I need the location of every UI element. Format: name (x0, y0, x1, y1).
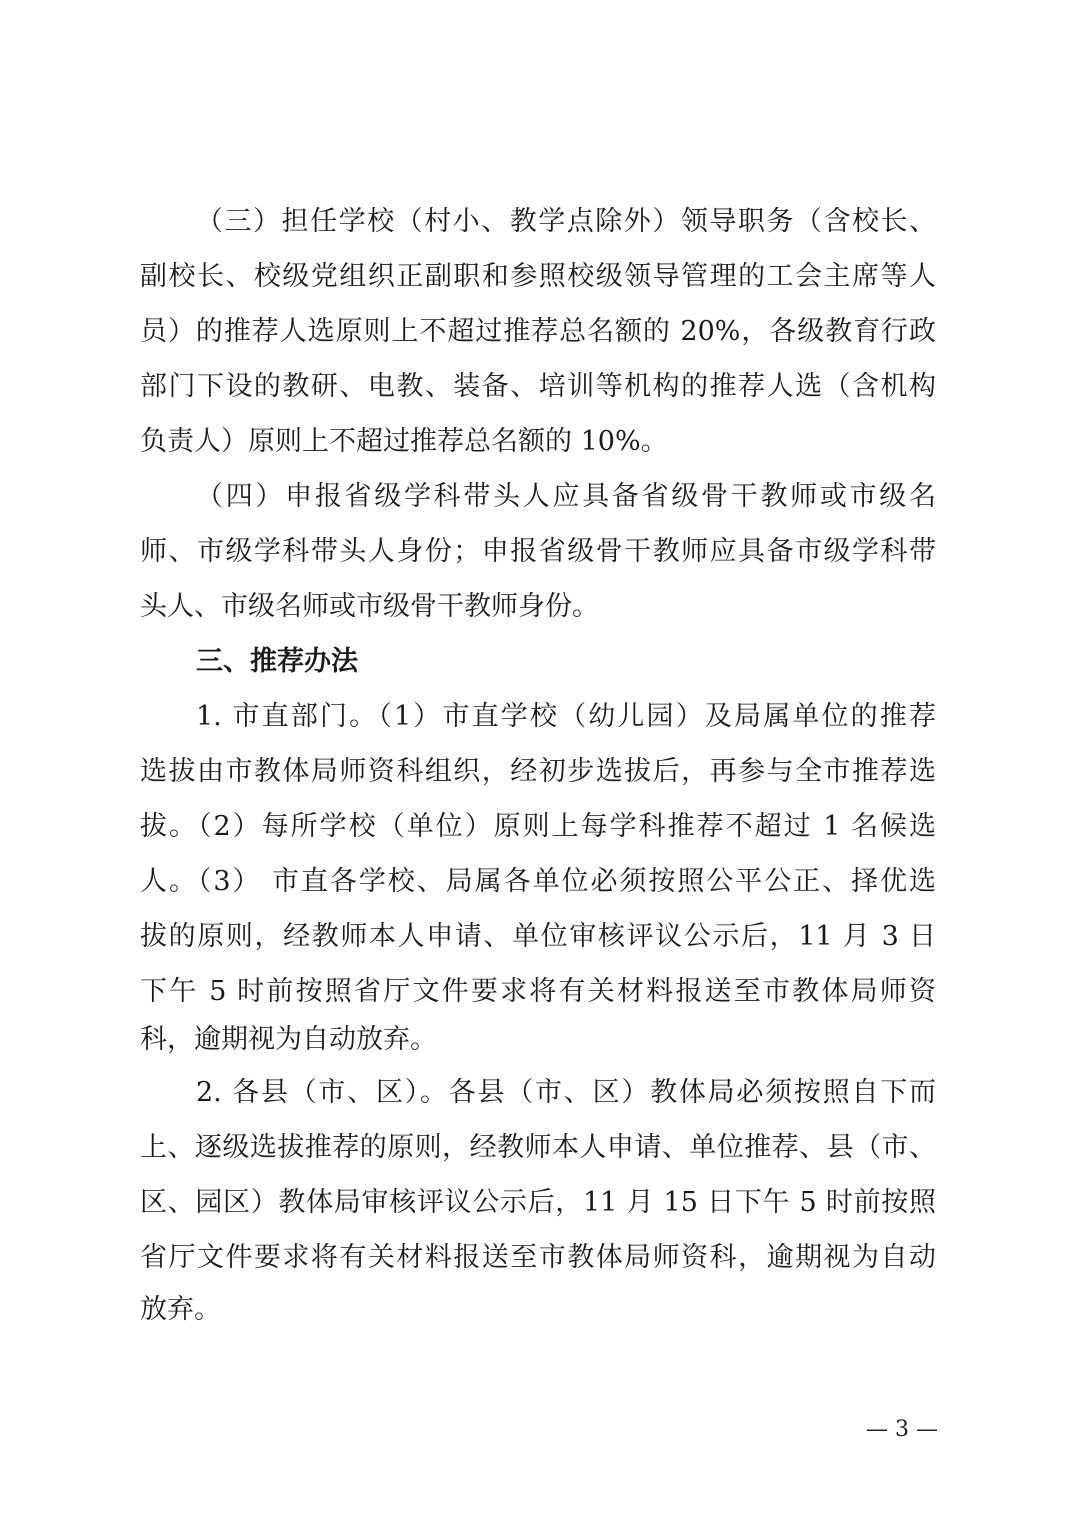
paragraph-line: 科，逾期视为自动放弃。 (140, 1020, 936, 1060)
paragraph-line: 上、逐级选拔推荐的原则，经教师本人申请、单位推荐、县（市、 (140, 1128, 936, 1168)
paragraph-line: 2. 各县（市、区）。各县（市、区）教体局必须按照自下而 (196, 1073, 936, 1113)
paragraph-line: 人。（3） 市直各学校、局属各单位必须按照公平公正、择优选 (140, 862, 936, 902)
section-heading: 三、推荐办法 (196, 642, 936, 682)
paragraph-line: 下午 5 时前按照省厅文件要求将有关材料报送至市教体局师资 (140, 972, 936, 1012)
paragraph-line: 放弃。 (140, 1290, 936, 1330)
paragraph-line: （四）申报省级学科带头人应具备省级骨干教师或市级名 (196, 477, 936, 517)
paragraph-line: 副校长、校级党组织正副职和参照校级领导管理的工会主席等人 (140, 257, 936, 297)
paragraph-line: 负责人）原则上不超过推荐总名额的 10%。 (140, 422, 936, 462)
paragraph-line: （三）担任学校（村小、教学点除外）领导职务（含校长、 (196, 202, 936, 242)
page-number: — 3 — (866, 1415, 938, 1445)
paragraph-line: 头人、市级名师或市级骨干教师身份。 (140, 587, 936, 627)
paragraph-line: 区、园区）教体局审核评议公示后，11 月 15 日下午 5 时前按照 (140, 1183, 936, 1223)
paragraph-line: 员）的推荐人选原则上不超过推荐总名额的 20%，各级教育行政 (140, 312, 936, 352)
paragraph-line: 拔的原则，经教师本人申请、单位审核评议公示后，11 月 3 日 (140, 917, 936, 957)
document-page: （三）担任学校（村小、教学点除外）领导职务（含校长、 副校长、校级党组织正副职和… (0, 0, 1074, 1520)
paragraph-line: 部门下设的教研、电教、装备、培训等机构的推荐人选（含机构 (140, 367, 936, 407)
paragraph-line: 1. 市直部门。（1）市直学校（幼儿园）及局属单位的推荐 (196, 697, 936, 737)
paragraph-line: 选拔由市教体局师资科组织，经初步选拔后，再参与全市推荐选 (140, 752, 936, 792)
paragraph-line: 师、市级学科带头人身份；申报省级骨干教师应具备市级学科带 (140, 532, 936, 572)
paragraph-line: 省厅文件要求将有关材料报送至市教体局师资科，逾期视为自动 (140, 1238, 936, 1278)
paragraph-line: 拔。（2）每所学校（单位）原则上每学科推荐不超过 1 名候选 (140, 807, 936, 847)
